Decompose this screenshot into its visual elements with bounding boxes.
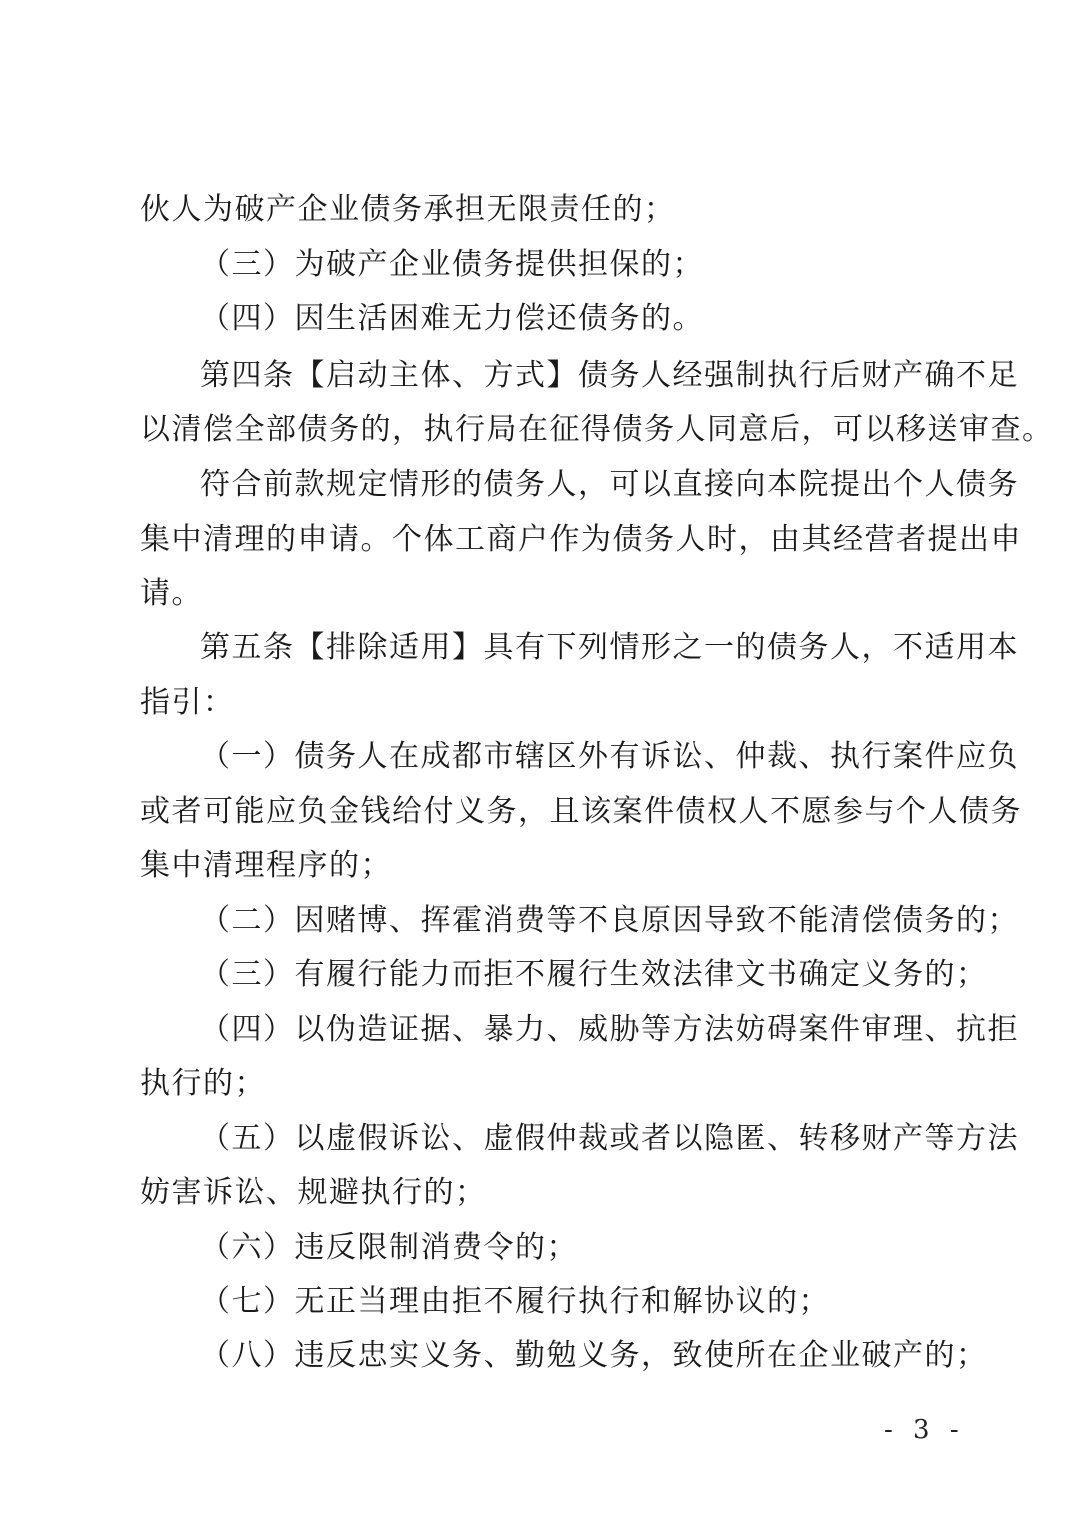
text-line: （四）因生活困难无力偿还债务的。 bbox=[200, 299, 952, 339]
text-line: 指引： bbox=[140, 683, 952, 723]
text-line: （七）无正当理由拒不履行执行和解协议的； bbox=[200, 1282, 952, 1322]
text-line: （四）以伪造证据、暴力、威胁等方法妨碍案件审理、抗拒 bbox=[200, 1010, 952, 1050]
page-number: - 3 - bbox=[884, 1413, 965, 1447]
text-line: 请。 bbox=[140, 574, 952, 614]
text-line: 集中清理程序的； bbox=[140, 846, 952, 886]
text-line: 或者可能应负金钱给付义务，且该案件债权人不愿参与个人债务 bbox=[140, 792, 952, 832]
text-line: （六）违反限制消费令的； bbox=[200, 1228, 952, 1268]
article-4-heading-line: 第四条【启动主体、方式】债务人经强制执行后财产确不足 bbox=[200, 356, 952, 396]
text-line: 执行的； bbox=[140, 1064, 952, 1104]
text-line: （八）违反忠实义务、勤勉义务，致使所在企业破产的； bbox=[200, 1336, 952, 1376]
text-line: 集中清理的申请。个体工商户作为债务人时，由其经营者提出申 bbox=[140, 520, 952, 560]
text-line: （二）因赌博、挥霍消费等不良原因导致不能清偿债务的； bbox=[200, 901, 952, 941]
article-5-heading-line: 第五条【排除适用】具有下列情形之一的债务人，不适用本 bbox=[200, 628, 952, 668]
text-line: 以清偿全部债务的，执行局在征得债务人同意后，可以移送审查。 bbox=[140, 410, 952, 450]
document-page: 伙人为破产企业债务承担无限责任的； （三）为破产企业债务提供担保的； （四）因生… bbox=[0, 0, 1080, 1527]
text-line: （五）以虚假诉讼、虚假仲裁或者以隐匿、转移财产等方法 bbox=[200, 1119, 952, 1159]
text-line: 伙人为破产企业债务承担无限责任的； bbox=[140, 190, 952, 230]
text-line: 妨害诉讼、规避执行的； bbox=[140, 1173, 952, 1213]
text-line: 符合前款规定情形的债务人，可以直接向本院提出个人债务 bbox=[200, 465, 952, 505]
text-line: （三）有履行能力而拒不履行生效法律文书确定义务的； bbox=[200, 955, 952, 995]
text-line: （一）债务人在成都市辖区外有诉讼、仲裁、执行案件应负 bbox=[200, 737, 952, 777]
text-line: （三）为破产企业债务提供担保的； bbox=[200, 245, 952, 285]
